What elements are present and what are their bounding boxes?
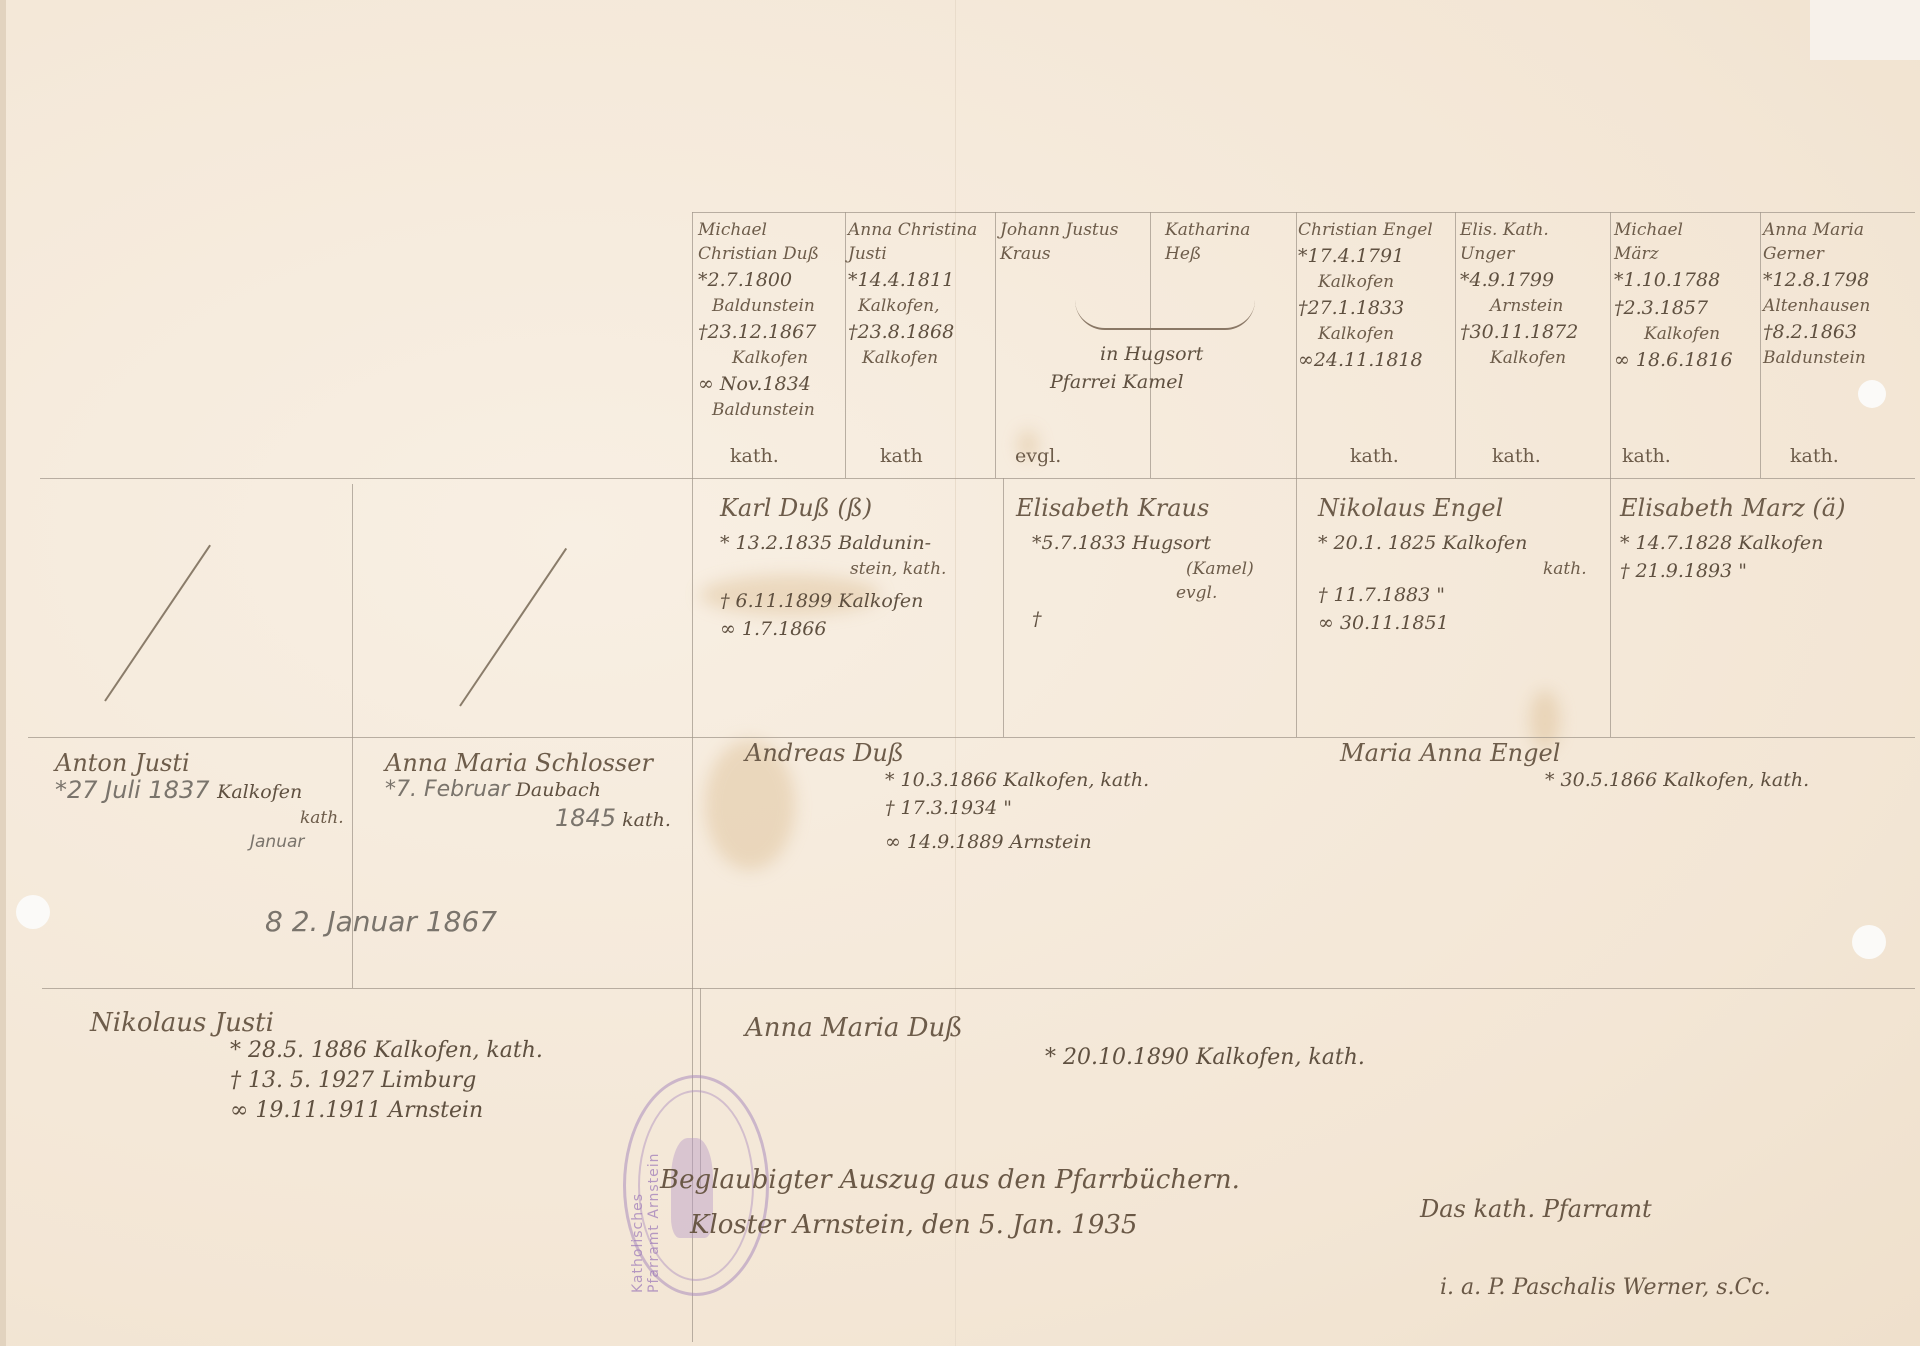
religion: kath.: [55, 806, 344, 830]
parent-cell: Elisabeth Kraus *5.7.1833 Hugsort (Kamel…: [1016, 495, 1254, 633]
ancestor-cell: Michael Christian Duß *2.7.1800 Baldunst…: [698, 218, 844, 422]
proband-cell: Nikolaus Justi * 28.5. 1886 Kalkofen, ka…: [90, 1010, 543, 1126]
paper-corner: [1810, 0, 1920, 60]
death-place: Kalkofen: [1460, 346, 1608, 370]
birth-line: *27 Juli 1837 Kalkofen: [55, 776, 344, 806]
certification-place-date: Kloster Arnstein, den 5. Jan. 1935: [690, 1210, 1137, 1240]
death-date: †27.1.1833: [1298, 294, 1454, 322]
grid-line: [1760, 212, 1761, 478]
death-date: †30.11.1872: [1460, 318, 1608, 346]
brace-bracket: [1075, 300, 1255, 330]
death-line: † 21.9.1893 ": [1620, 557, 1845, 585]
kraus-hess-note: in Hugsort Pfarrei Kamel: [1050, 340, 1203, 396]
grandparent-cell: Andreas Duß * 10.3.1866 Kalkofen, kath. …: [745, 740, 1149, 856]
death-place: Baldunstein: [1763, 346, 1913, 370]
parent-cell: Nikolaus Engel * 20.1. 1825 Kalkofen kat…: [1318, 495, 1587, 637]
death-place: Kalkofen: [698, 346, 844, 370]
person-name: Michael Christian Duß: [698, 218, 838, 266]
birth-line: *7. Februar Daubach: [385, 776, 671, 804]
person-name: Christian Engel: [1298, 218, 1438, 242]
fold-line: [955, 0, 956, 1346]
religion: evgl.: [1015, 445, 1061, 467]
parent-cell: Elisabeth Marz (ä) * 14.7.1828 Kalkofen …: [1620, 495, 1845, 585]
birth-place: Altenhausen: [1763, 294, 1913, 318]
proband-cell: Anna Maria Duß * 20.10.1890 Kalkofen, ka…: [745, 1015, 1365, 1075]
religion: kath.: [1318, 557, 1587, 581]
paper-sheet: Michael Christian Duß *2.7.1800 Baldunst…: [0, 0, 1920, 1346]
person-name: Anton Justi: [55, 750, 344, 776]
birth-line: * 28.5. 1886 Kalkofen, kath.: [90, 1036, 543, 1066]
punch-hole: [1852, 925, 1886, 959]
birth-date: *17.4.1791: [1298, 242, 1454, 270]
person-name: Elis. Kath. Unger: [1460, 218, 1570, 266]
person-name: Anna Maria Gerner: [1763, 218, 1903, 266]
marriage-place: Baldunstein: [698, 398, 844, 422]
death-date: †8.2.1863: [1763, 318, 1913, 346]
birth-place-cont: (Kamel): [1016, 557, 1254, 581]
grid-line: [40, 478, 1915, 479]
marriage-date: ∞24.11.1818: [1298, 346, 1454, 374]
person-name: Michael März: [1614, 218, 1724, 266]
birth-place: Baldunstein: [698, 294, 844, 318]
ancestor-cell: Johann Justus Kraus: [1000, 218, 1148, 266]
marriage-line: ∞ 14.9.1889 Arnstein: [745, 828, 1149, 856]
punch-hole: [1858, 380, 1886, 408]
religion: kath: [880, 445, 923, 467]
person-name: Anna Christina Justi: [848, 218, 988, 266]
ancestor-cell: Anna Christina Justi *14.4.1811 Kalkofen…: [848, 218, 994, 370]
grid-line: [1610, 212, 1611, 737]
death-line: † 17.3.1934 ": [745, 794, 1149, 822]
person-name: Elisabeth Marz (ä): [1620, 495, 1845, 521]
birth-date: *1.10.1788: [1614, 266, 1759, 294]
grid-line: [1296, 212, 1297, 737]
certification-line-1: Beglaubigter Auszug aus den Pfarrbüchern…: [660, 1165, 1240, 1195]
ancestor-cell: Anna Maria Gerner *12.8.1798 Altenhausen…: [1763, 218, 1913, 370]
birth-date: *7. Februar: [385, 777, 510, 802]
marriage-line: ∞ 1.7.1866: [720, 615, 946, 643]
birth-line: * 10.3.1866 Kalkofen, kath.: [745, 766, 1149, 794]
death-place: Kalkofen: [1298, 322, 1454, 346]
grid-line: [845, 212, 846, 478]
birth-date: *2.7.1800: [698, 266, 844, 294]
birth-year-line: 1845 kath.: [385, 804, 671, 834]
birth-line: * 20.10.1890 Kalkofen, kath.: [745, 1041, 1365, 1075]
death-line: † 6.11.1899 Kalkofen: [720, 587, 946, 615]
person-name: Anna Maria Schlosser: [385, 750, 671, 776]
birth-line: * 20.1. 1825 Kalkofen: [1318, 529, 1587, 557]
parish-note: Pfarrei Kamel: [1050, 368, 1203, 396]
grid-line: [692, 212, 1915, 213]
marriage-date: ∞ 18.6.1816: [1614, 346, 1759, 374]
empty-cell-slash: [459, 548, 567, 707]
parent-cell: Karl Duß (ß) * 13.2.1835 Baldunin- stein…: [720, 495, 946, 643]
grandparent-cell: Anton Justi *27 Juli 1837 Kalkofen kath.…: [55, 750, 344, 854]
death-line: †: [1016, 605, 1254, 633]
birth-place: Arnstein: [1460, 294, 1608, 318]
person-name: Nikolaus Engel: [1318, 495, 1587, 521]
birth-year: 1845: [555, 804, 616, 832]
ancestor-cell: Katharina Heß: [1165, 218, 1295, 266]
grid-line: [1455, 212, 1456, 478]
birth-date: *14.4.1811: [848, 266, 994, 294]
ancestor-cell: Elis. Kath. Unger *4.9.1799 Arnstein †30…: [1460, 218, 1608, 370]
death-line: † 13. 5. 1927 Limburg: [90, 1066, 543, 1096]
death-place: Kalkofen: [848, 346, 994, 370]
person-name: Anna Maria Duß: [745, 1015, 1365, 1041]
birth-place: Daubach: [516, 779, 601, 801]
marriage-line: ∞ 19.11.1911 Arnstein: [90, 1096, 543, 1126]
grid-line: [1003, 478, 1004, 737]
birth-place: Kalkofen: [1298, 270, 1454, 294]
grandparent-cell: Anna Maria Schlosser *7. Februar Daubach…: [385, 750, 671, 834]
marriage-line: ∞ 30.11.1851: [1318, 609, 1587, 637]
death-date: †23.12.1867: [698, 318, 844, 346]
birth-date: *12.8.1798: [1763, 266, 1913, 294]
religion: kath.: [1622, 445, 1671, 467]
pencil-note: Januar: [55, 830, 344, 854]
punch-hole: [16, 895, 50, 929]
issuing-office: Das kath. Pfarramt: [1420, 1195, 1652, 1223]
religion: kath.: [1350, 445, 1399, 467]
ancestor-cell: Christian Engel *17.4.1791 Kalkofen †27.…: [1298, 218, 1454, 374]
person-name: Nikolaus Justi: [90, 1010, 543, 1036]
marriage-date: ∞ Nov.1834: [698, 370, 844, 398]
paper-edge: [0, 0, 6, 1346]
person-name: Karl Duß (ß): [720, 495, 946, 521]
person-name: Katharina Heß: [1165, 218, 1285, 266]
religion: kath.: [730, 445, 779, 467]
death-date: †2.3.1857: [1614, 294, 1759, 322]
grandparent-cell: Maria Anna Engel * 30.5.1866 Kalkofen, k…: [1340, 740, 1809, 794]
religion: kath.: [622, 809, 671, 831]
birth-line: *5.7.1833 Hugsort: [1016, 529, 1254, 557]
religion: evgl.: [1016, 581, 1254, 605]
grid-line: [28, 737, 1915, 738]
ancestor-cell: Michael März *1.10.1788 †2.3.1857 Kalkof…: [1614, 218, 1759, 374]
place-note: in Hugsort: [1050, 340, 1203, 368]
signature: i. a. P. Paschalis Werner, s.Cc.: [1440, 1275, 1771, 1300]
birth-line: * 13.2.1835 Baldunin-: [720, 529, 946, 557]
religion: kath.: [1790, 445, 1839, 467]
birth-place-cont: stein, kath.: [720, 557, 946, 581]
empty-cell-slash: [104, 545, 211, 702]
person-name: Elisabeth Kraus: [1016, 495, 1254, 521]
birth-place: Kalkofen,: [848, 294, 994, 318]
birth-date: *27 Juli 1837: [55, 776, 210, 804]
grid-line: [995, 212, 996, 478]
religion: kath.: [1492, 445, 1541, 467]
birth-line: * 14.7.1828 Kalkofen: [1620, 529, 1845, 557]
death-place: Kalkofen: [1614, 322, 1759, 346]
pencil-date-note: 8 2. Januar 1867: [265, 905, 497, 938]
grid-line: [42, 988, 1915, 989]
birth-date: *4.9.1799: [1460, 266, 1608, 294]
person-name: Andreas Duß: [745, 740, 1149, 766]
death-line: † 11.7.1883 ": [1318, 581, 1587, 609]
death-date: †23.8.1868: [848, 318, 994, 346]
person-name: Maria Anna Engel: [1340, 740, 1809, 766]
birth-line: * 30.5.1866 Kalkofen, kath.: [1340, 766, 1809, 794]
birth-place: Kalkofen: [217, 781, 302, 803]
person-name: Johann Justus Kraus: [1000, 218, 1140, 266]
